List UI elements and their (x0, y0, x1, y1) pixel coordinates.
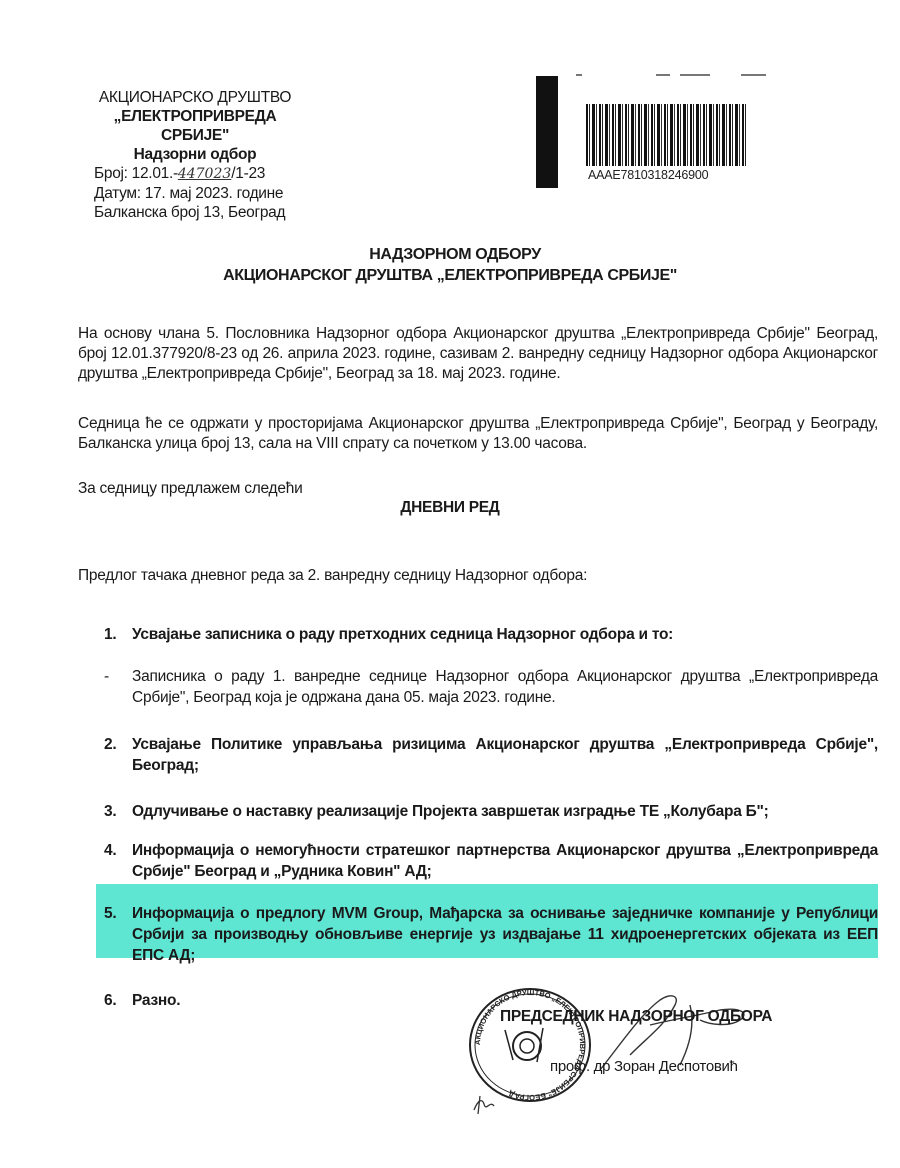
company-type: АКЦИОНАРСКО ДРУШТВО (80, 88, 310, 107)
barcode-number: AAAE7810318246900 (588, 168, 708, 182)
agenda-intro: Предлог тачака дневног реда за 2. ванред… (78, 566, 878, 586)
addressee: НАДЗОРНОМ ОДБОРУ АКЦИОНАРСКОГ ДРУШТВА „Е… (0, 244, 900, 286)
signatory-name: проф. др Зоран Деспотовић (550, 1058, 738, 1075)
letterhead: АКЦИОНАРСКО ДРУШТВО „ЕЛЕКТРОПРИВРЕДА СРБ… (80, 88, 340, 222)
barcode-label: AAAE7810318246900 (536, 74, 776, 194)
agenda-item-text: Информација о немогућности стратешког па… (132, 840, 878, 882)
svg-text:АКЦИОНАРСКО ДРУШТВО „ЕЛЕКТРОПР: АКЦИОНАРСКО ДРУШТВО „ЕЛЕКТРОПРИВРЕДА СРБ… (473, 988, 587, 1102)
number-suffix: /1-23 (231, 165, 265, 182)
agenda-subitem: - Записника о раду 1. ванредне седнице Н… (104, 666, 878, 708)
company-address: Балканска број 13, Београд (80, 203, 340, 222)
document-date: Датум: 17. мај 2023. године (80, 184, 340, 203)
agenda-item-number: 4. (104, 840, 132, 861)
agenda-item: 3. Одлучивање о наставку реализације Про… (104, 801, 878, 822)
agenda-item: 4. Информација о немогућности стратешког… (104, 840, 878, 882)
agenda-item-number: 6. (104, 990, 132, 1011)
agenda-item-number: 3. (104, 801, 132, 822)
agenda-item-text: Одлучивање о наставку реализације Пројек… (132, 801, 878, 822)
redaction-bar (536, 76, 558, 188)
initials-icon (470, 1090, 500, 1120)
agenda-item-text: Информација о предлогу MVM Group, Мађарс… (132, 903, 878, 966)
reference-number: Број: 12.01.-447023/1-23 (80, 164, 340, 184)
agenda-item-text: Усвајање Политике управљања ризицима Акц… (132, 734, 878, 776)
addressee-line-2: АКЦИОНАРСКОГ ДРУШТВА „ЕЛЕКТРОПРИВРЕДА СР… (0, 265, 900, 286)
stamp-text: АКЦИОНАРСКО ДРУШТВО „ЕЛЕКТРОПРИВРЕДА СРБ… (473, 988, 587, 1102)
agenda-item-number: 2. (104, 734, 132, 755)
addressee-line-1: НАДЗОРНОМ ОДБОРУ (10, 244, 900, 265)
agenda-item-bullet: - (104, 666, 132, 687)
agenda-item: 2. Усвајање Политике управљања ризицима … (104, 734, 878, 776)
barcode-icon (586, 104, 748, 166)
location-paragraph: Седница ће се одржати у просторијама Акц… (78, 414, 878, 454)
agenda-item: 1. Усвајање записника о раду претходних … (104, 624, 878, 645)
agenda-item-text: Записника о раду 1. ванредне седнице Над… (132, 666, 878, 708)
convocation-paragraph: На основу члана 5. Пословника Надзорног … (78, 324, 878, 384)
signatory-title: ПРЕДСЕДНИК НАДЗОРНОГ ОДБОРА (500, 1008, 772, 1026)
agenda-item-highlighted: 5. Информација о предлогу MVM Group, Мађ… (104, 903, 878, 966)
agenda-item-text: Усвајање записника о раду претходних сед… (132, 624, 878, 645)
agenda-item-number: 5. (104, 903, 132, 924)
company-name: „ЕЛЕКТРОПРИВРЕДА СРБИЈЕ" (80, 107, 310, 145)
board-name: Надзорни одбор (80, 145, 310, 164)
handwritten-number: 447023 (178, 166, 231, 182)
agenda-item-number: 1. (104, 624, 132, 645)
number-prefix: Број: 12.01.- (94, 165, 178, 182)
proposal-intro: За седницу предлажем следећи (78, 479, 878, 499)
agenda-title: ДНЕВНИ РЕД (0, 499, 900, 517)
barcode-top-marks (576, 74, 766, 80)
